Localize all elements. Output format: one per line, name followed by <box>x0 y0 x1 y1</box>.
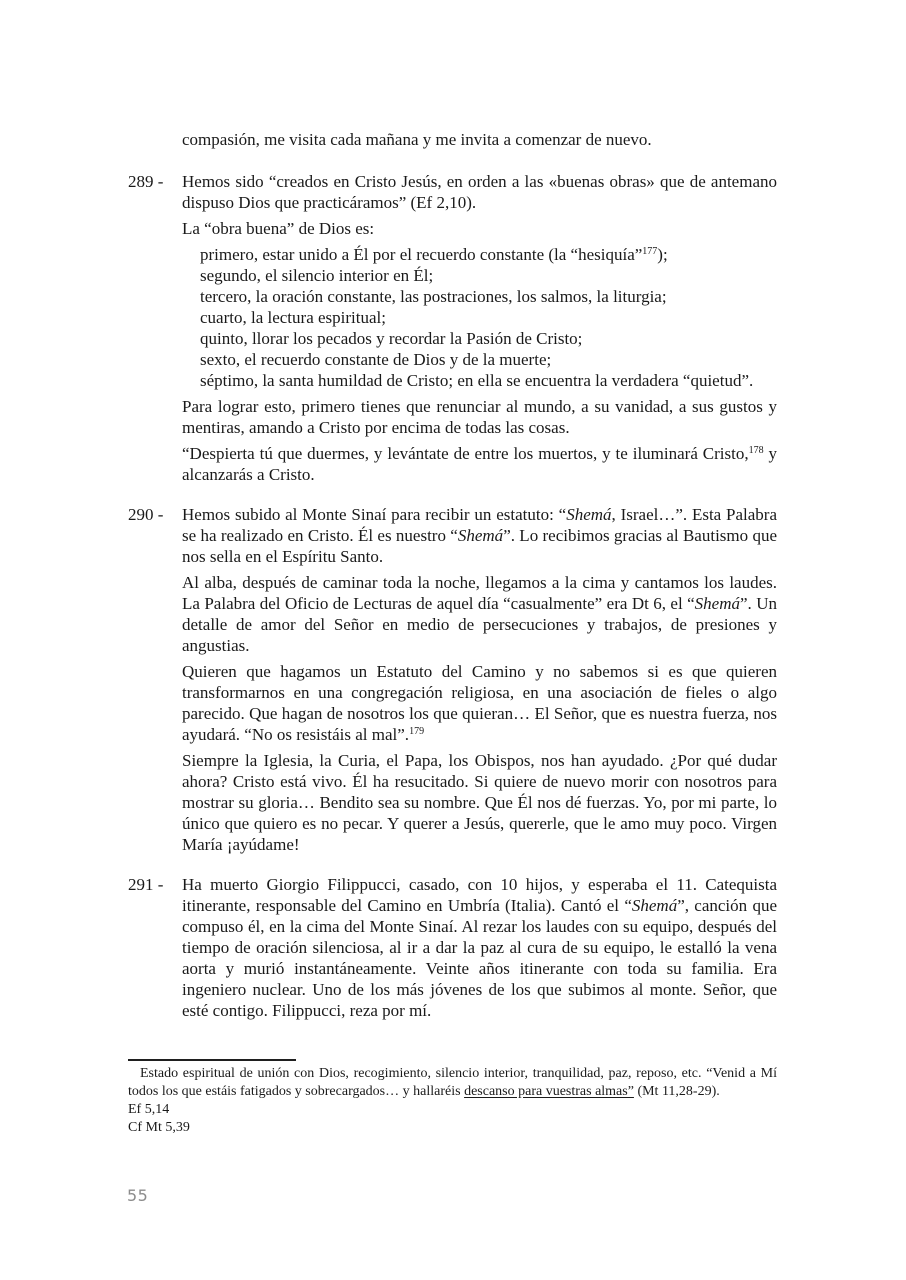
text-run: cuarto, la lectura espiritual; <box>200 308 386 327</box>
section-body: compasión, me visita cada mañana y me in… <box>182 129 777 150</box>
footnote-ref: 179 <box>409 726 424 737</box>
section-number: 289 - <box>128 171 182 485</box>
text-run: Quieren que hagamos un Estatuto del Cami… <box>182 662 777 744</box>
paragraph: Quieren que hagamos un Estatuto del Cami… <box>182 661 777 745</box>
paragraph: Hemos subido al Monte Sinaí para recibir… <box>182 504 777 567</box>
paragraph: Al alba, después de caminar toda la noch… <box>182 572 777 656</box>
paragraph: La “obra buena” de Dios es: <box>182 218 777 239</box>
text-run: ); <box>657 245 667 264</box>
footnote-177: Estado espiritual de unión con Dios, rec… <box>128 1065 777 1101</box>
paragraph: Siempre la Iglesia, la Curia, el Papa, l… <box>182 750 777 855</box>
underlined-text-run: descanso para vuestras almas” <box>464 1084 634 1099</box>
list-item: quinto, llorar los pecados y recordar la… <box>182 328 777 349</box>
page-number: 55 <box>127 1186 148 1205</box>
text-run: (Mt 11,28-29). <box>634 1084 720 1099</box>
text-run: quinto, llorar los pecados y recordar la… <box>200 329 582 348</box>
text-run: Hemos subido al Monte Sinaí para recibir… <box>182 505 566 524</box>
paragraph-continuation: compasión, me visita cada mañana y me in… <box>182 129 777 150</box>
text-run: Ef 5,14 <box>128 1102 169 1117</box>
list-item: tercero, la oración constante, las postr… <box>182 286 777 307</box>
list-item: primero, estar unido a Él por el recuerd… <box>182 244 777 265</box>
text-run: La “obra buena” de Dios es: <box>182 219 374 238</box>
section-289: 289 - Hemos sido “creados en Cristo Jesú… <box>128 171 777 485</box>
text-run: Al alba, después de caminar toda la noch… <box>182 573 777 613</box>
footnotes-block: Estado espiritual de unión con Dios, rec… <box>128 1059 777 1137</box>
text-run: segundo, el silencio interior en Él; <box>200 266 433 285</box>
ordinal-list: primero, estar unido a Él por el recuerd… <box>182 244 777 391</box>
continuation-section: compasión, me visita cada mañana y me in… <box>128 129 777 150</box>
list-item: sexto, el recuerdo constante de Dios y d… <box>182 349 777 370</box>
paragraph: Para lograr esto, primero tienes que ren… <box>182 396 777 438</box>
paragraph: “Despierta tú que duermes, y levántate d… <box>182 443 777 485</box>
text-run: Hemos sido “creados en Cristo Jesús, en … <box>182 172 777 212</box>
section-number: 291 - <box>128 874 182 1021</box>
section-291: 291 - Ha muerto Giorgio Filippucci, casa… <box>128 874 777 1021</box>
section-body: Hemos subido al Monte Sinaí para recibir… <box>182 504 777 855</box>
list-item: cuarto, la lectura espiritual; <box>182 307 777 328</box>
paragraph: Ha muerto Giorgio Filippucci, casado, co… <box>182 874 777 1021</box>
section-body: Hemos sido “creados en Cristo Jesús, en … <box>182 171 777 485</box>
section-number: 290 - <box>128 504 182 855</box>
text-run: “Despierta tú que duermes, y levántate d… <box>182 444 749 463</box>
section-290: 290 - Hemos subido al Monte Sinaí para r… <box>128 504 777 855</box>
footnote-179: Cf Mt 5,39 <box>128 1119 777 1137</box>
text-run: séptimo, la santa humildad de Cristo; en… <box>200 371 753 390</box>
paragraph: Hemos sido “creados en Cristo Jesús, en … <box>182 171 777 213</box>
footnote-ref: 177 <box>642 246 657 257</box>
section-body: Ha muerto Giorgio Filippucci, casado, co… <box>182 874 777 1021</box>
list-item: segundo, el silencio interior en Él; <box>182 265 777 286</box>
page-content: compasión, me visita cada mañana y me in… <box>128 129 777 1021</box>
text-run: compasión, me visita cada mañana y me in… <box>182 130 652 149</box>
document-page: compasión, me visita cada mañana y me in… <box>0 0 906 1280</box>
footnote-178: Ef 5,14 <box>128 1101 777 1119</box>
section-number-empty <box>128 129 182 150</box>
text-run: Para lograr esto, primero tienes que ren… <box>182 397 777 437</box>
list-item: séptimo, la santa humildad de Cristo; en… <box>182 370 777 391</box>
footnote-ref: 178 <box>749 445 764 456</box>
text-run: sexto, el recuerdo constante de Dios y d… <box>200 350 551 369</box>
text-run: primero, estar unido a Él por el recuerd… <box>200 245 642 264</box>
text-run: Cf Mt 5,39 <box>128 1120 190 1135</box>
italic-text-run: Shemá <box>458 526 503 545</box>
italic-text-run: Shemá <box>566 505 611 524</box>
italic-text-run: Shemá <box>695 594 740 613</box>
text-run: tercero, la oración constante, las postr… <box>200 287 667 306</box>
text-run: Siempre la Iglesia, la Curia, el Papa, l… <box>182 751 777 854</box>
footnote-separator <box>128 1059 296 1061</box>
italic-text-run: Shemá <box>632 896 677 915</box>
